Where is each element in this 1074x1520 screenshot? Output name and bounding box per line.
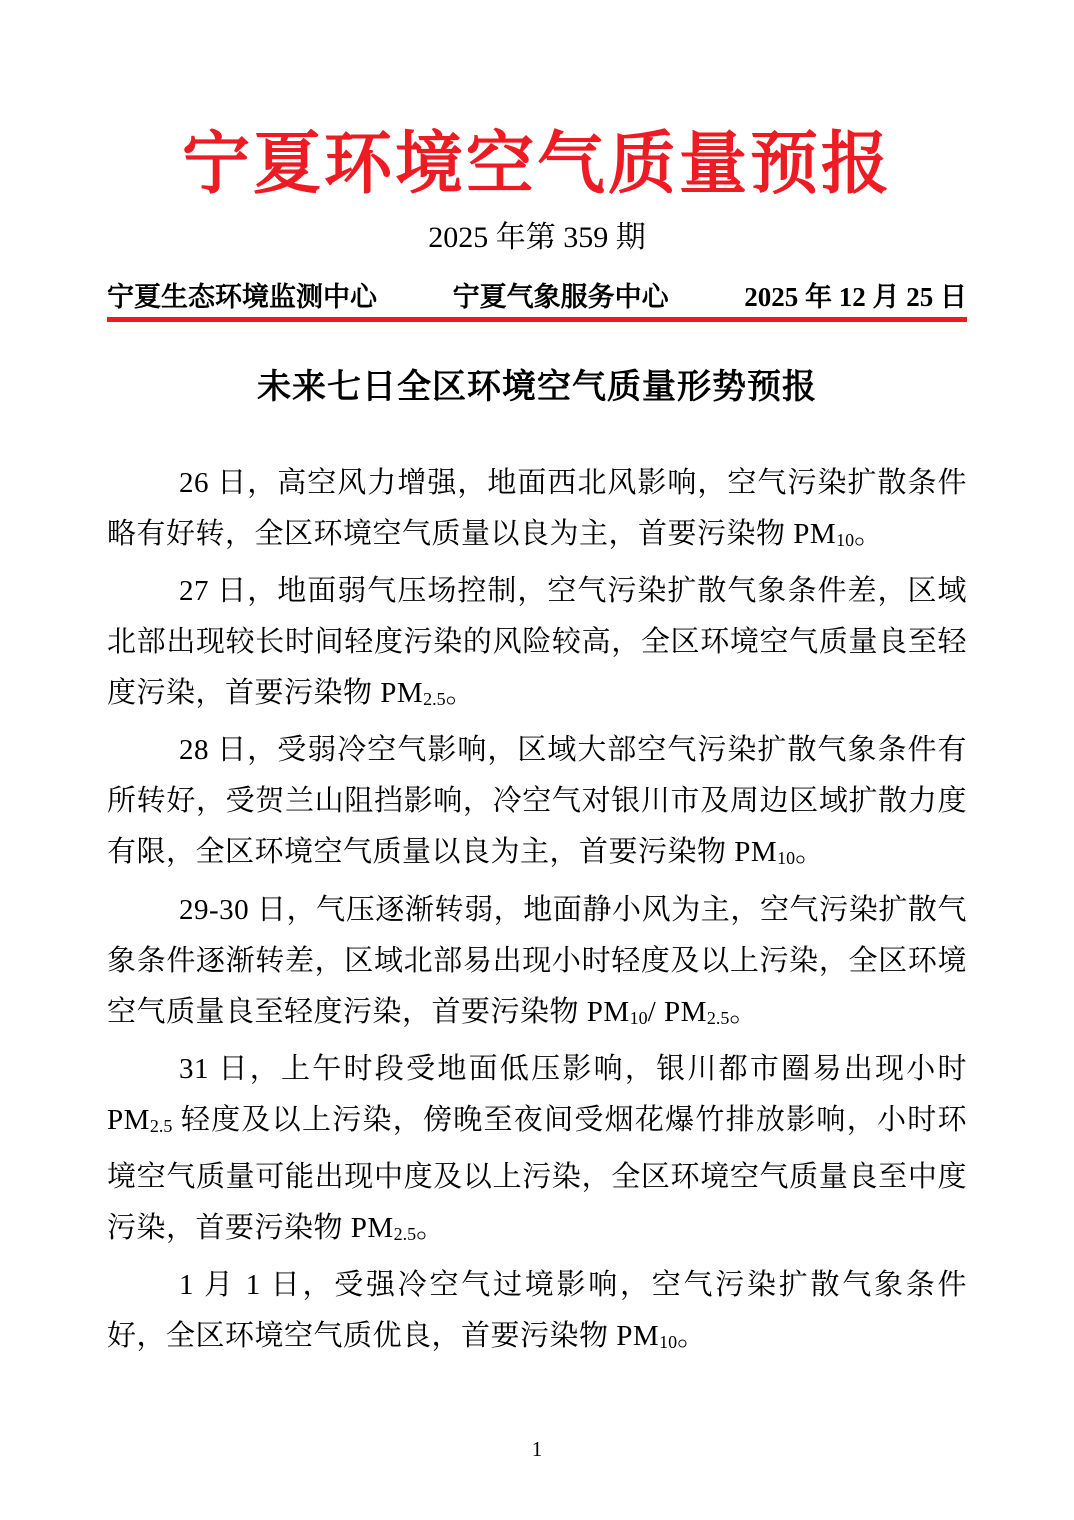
paragraph-text: 29-30 日，气压逐渐转弱，地面静小风为主，空气污染扩散气象条件逐渐转差，区域… bbox=[107, 894, 967, 1028]
subscript: 2.5 bbox=[707, 1008, 729, 1028]
forecast-paragraph: 27 日，地面弱气压场控制，空气污染扩散气象条件差，区域北部出现较长时间轻度污染… bbox=[107, 566, 967, 725]
subscript: 10 bbox=[659, 1333, 677, 1353]
subscript: 10 bbox=[777, 849, 795, 869]
paragraph-text: 。 bbox=[729, 996, 759, 1028]
red-divider-line bbox=[107, 317, 967, 322]
forecast-paragraph: 26 日，高空风力增强，地面西北风影响，空气污染扩散条件略有好转，全区环境空气质… bbox=[107, 458, 967, 566]
document-title: 宁夏环境空气质量预报 bbox=[107, 126, 967, 202]
subscript: 10 bbox=[836, 530, 854, 550]
org-meteorological-center: 宁夏气象服务中心 bbox=[453, 282, 669, 313]
issue-date: 2025 年 12 月 25 日 bbox=[744, 282, 967, 313]
header-meta-row: 宁夏生态环境监测中心 宁夏气象服务中心 2025 年 12 月 25 日 bbox=[107, 282, 967, 313]
section-title: 未来七日全区环境空气质量形势预报 bbox=[107, 367, 967, 408]
document-header: 宁夏环境空气质量预报 2025 年第 359 期 宁夏生态环境监测中心 宁夏气象… bbox=[107, 126, 967, 322]
paragraph-text: 1 月 1 日，受强冷空气过境影响，空气污染扩散气象条件好，全区环境空气质优良，… bbox=[107, 1269, 967, 1352]
forecast-paragraph: 29-30 日，气压逐渐转弱，地面静小风为主，空气污染扩散气象条件逐渐转差，区域… bbox=[107, 885, 967, 1044]
paragraph-text: 。 bbox=[795, 836, 825, 868]
forecast-paragraph: 31 日，上午时段受地面低压影响，银川都市圈易出现小时 PM2.5 轻度及以上污… bbox=[107, 1044, 967, 1260]
org-monitoring-center: 宁夏生态环境监测中心 bbox=[107, 282, 377, 313]
paragraph-text: 。 bbox=[446, 677, 476, 709]
paragraph-text: 轻度及以上污染，傍晚至夜间受烟花爆竹排放影响，小时环境空气质量可能出现中度及以上… bbox=[107, 1104, 967, 1244]
document-footer: 1 bbox=[0, 1437, 1074, 1462]
issue-number: 2025 年第 359 期 bbox=[107, 220, 967, 256]
subscript: 2.5 bbox=[150, 1116, 172, 1136]
document-body: 未来七日全区环境空气质量形势预报 26 日，高空风力增强，地面西北风影响，空气污… bbox=[107, 367, 967, 1368]
subscript: 10 bbox=[630, 1008, 648, 1028]
paragraph-text: / PM bbox=[648, 996, 707, 1028]
forecast-paragraph: 28 日，受弱冷空气影响，区域大部空气污染扩散气象条件有所转好，受贺兰山阻挡影响… bbox=[107, 725, 967, 884]
document-page: 宁夏环境空气质量预报 2025 年第 359 期 宁夏生态环境监测中心 宁夏气象… bbox=[0, 0, 1074, 1520]
paragraph-text: 。 bbox=[416, 1212, 446, 1244]
subscript: 2.5 bbox=[394, 1224, 416, 1244]
forecast-paragraphs: 26 日，高空风力增强，地面西北风影响，空气污染扩散条件略有好转，全区环境空气质… bbox=[107, 458, 967, 1369]
subscript: 2.5 bbox=[423, 689, 445, 709]
paragraph-text: 。 bbox=[854, 518, 884, 550]
paragraph-text: 28 日，受弱冷空气影响，区域大部空气污染扩散气象条件有所转好，受贺兰山阻挡影响… bbox=[107, 734, 967, 868]
paragraph-text: 27 日，地面弱气压场控制，空气污染扩散气象条件差，区域北部出现较长时间轻度污染… bbox=[107, 575, 967, 709]
page-number: 1 bbox=[532, 1437, 543, 1462]
paragraph-text: 。 bbox=[677, 1320, 707, 1352]
forecast-paragraph: 1 月 1 日，受强冷空气过境影响，空气污染扩散气象条件好，全区环境空气质优良，… bbox=[107, 1260, 967, 1368]
